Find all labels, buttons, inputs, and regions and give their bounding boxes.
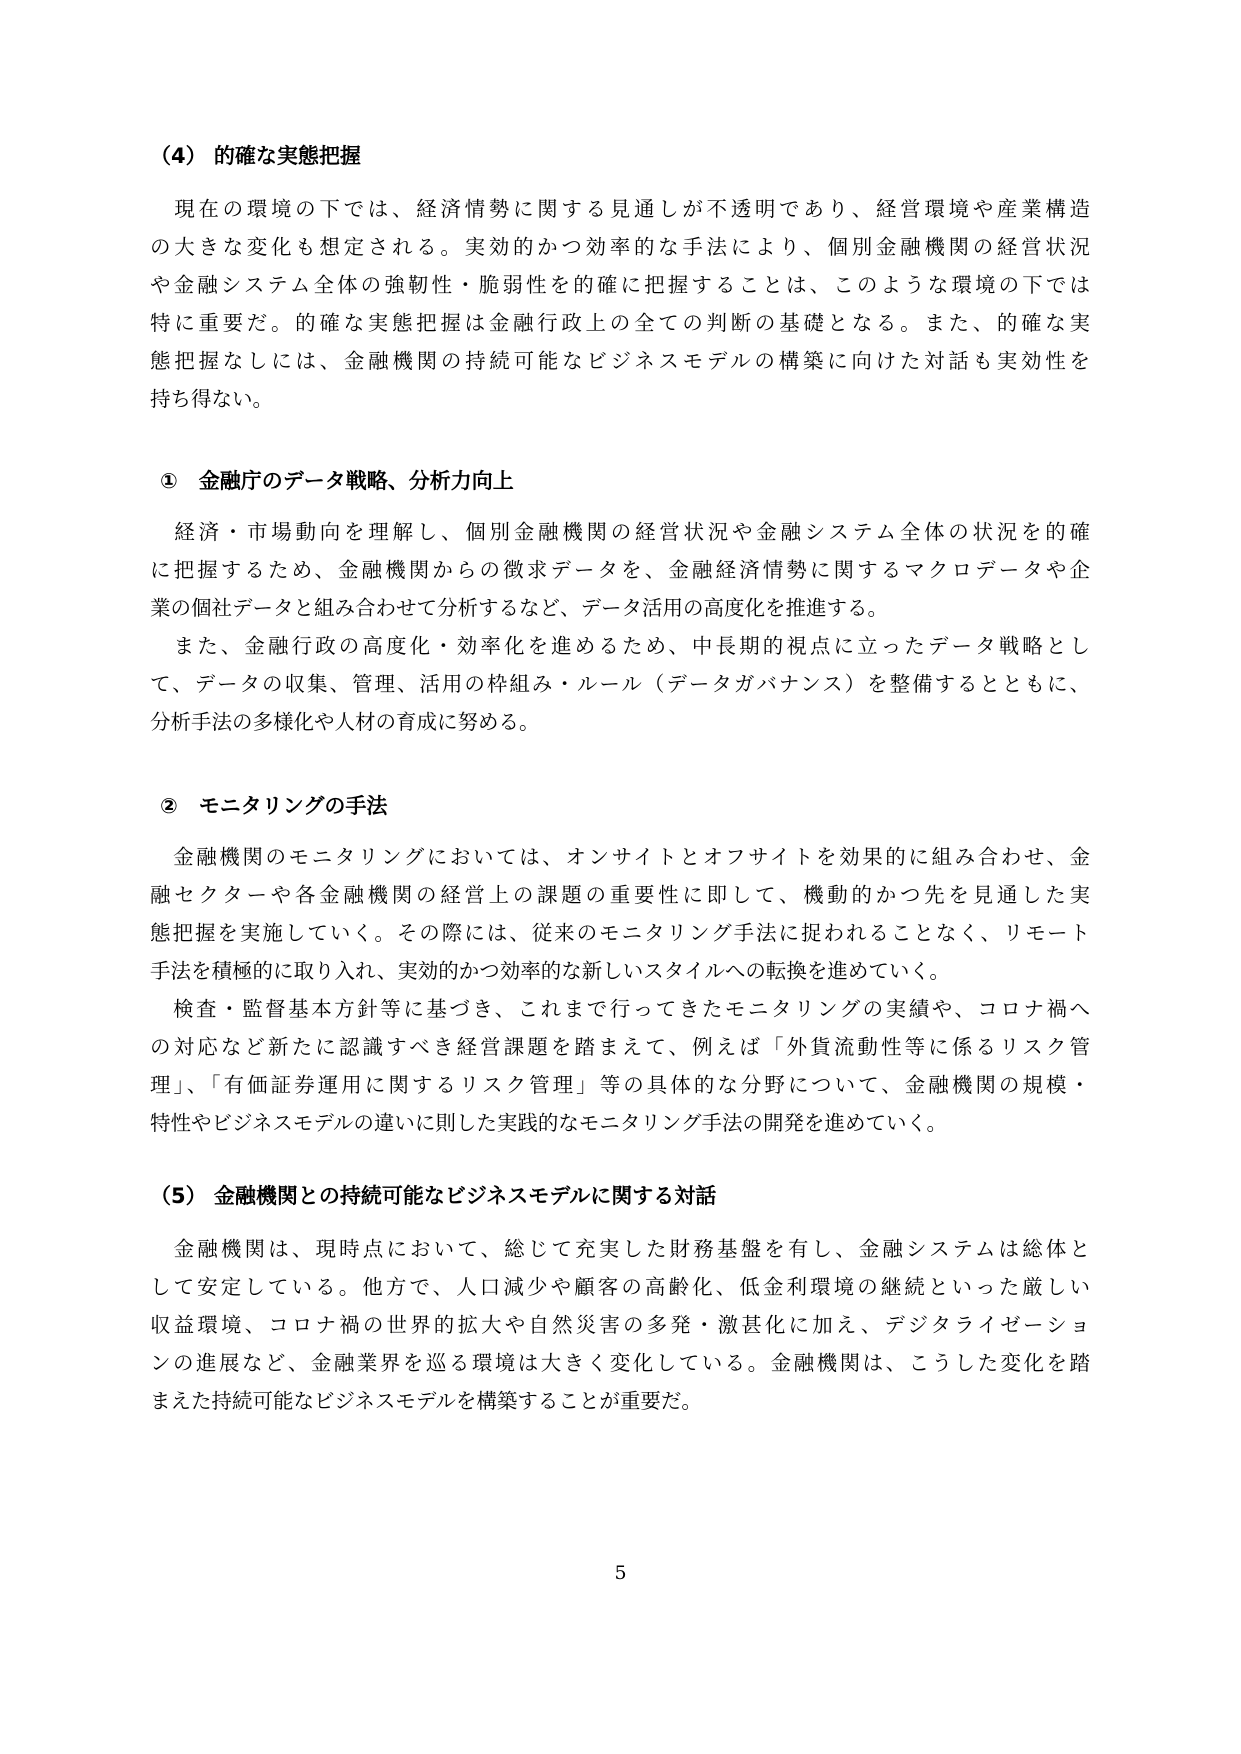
text-line: や金融システム全体の強靭性・脆弱性を的確に把握することは、このような環境の下では bbox=[150, 266, 1090, 304]
text-line: 金融機関は、現時点において、総じて充実した財務基盤を有し、金融システムは総体と bbox=[150, 1230, 1090, 1268]
text-line: 金融機関のモニタリングにおいては、オンサイトとオフサイトを効果的に組み合わせ、金 bbox=[150, 838, 1090, 876]
text-line: 理」、「有価証券運用に関するリスク管理」等の具体的な分野について、金融機関の規模… bbox=[150, 1066, 1090, 1104]
section-5-heading: （5） 金融機関との持続可能なビジネスモデルに関する対話 bbox=[150, 1180, 716, 1210]
text-line: まえた持続可能なビジネスモデルを構築することが重要だ。 bbox=[150, 1382, 1090, 1420]
text-line: 検査・監督基本方針等に基づき、これまで行ってきたモニタリングの実績や、コロナ禍へ bbox=[150, 990, 1090, 1028]
document-page: （4） 的確な実態把握 現在の環境の下では、経済情勢に関する見通しが不透明であり… bbox=[0, 0, 1241, 1754]
text-line: ンの進展など、金融業界を巡る環境は大きく変化している。金融機関は、こうした変化を… bbox=[150, 1344, 1090, 1382]
text-line: 業の個社データと組み合わせて分析するなど、データ活用の高度化を推進する。 bbox=[150, 589, 1090, 627]
text-line: の対応など新たに認識すべき経営課題を踏まえて、例えば「外貨流動性等に係るリスク管 bbox=[150, 1028, 1090, 1066]
section-4-heading: （4） 的確な実態把握 bbox=[150, 140, 361, 170]
text-line: 特性やビジネスモデルの違いに則した実践的なモニタリング手法の開発を進めていく。 bbox=[150, 1104, 1090, 1142]
text-line: の大きな変化も想定される。実効的かつ効率的な手法により、個別金融機関の経営状況 bbox=[150, 228, 1090, 266]
text-line: 手法を積極的に取り入れ、実効的かつ効率的な新しいスタイルへの転換を進めていく。 bbox=[150, 952, 1090, 990]
text-line: 融セクターや各金融機関の経営上の課題の重要性に即して、機動的かつ先を見通した実 bbox=[150, 876, 1090, 914]
subsection-1-paragraph-2: また、金融行政の高度化・効率化を進めるため、中長期的視点に立ったデータ戦略とし … bbox=[150, 627, 1090, 741]
text-line: 持ち得ない。 bbox=[150, 380, 1090, 418]
text-line: また、金融行政の高度化・効率化を進めるため、中長期的視点に立ったデータ戦略とし bbox=[150, 627, 1090, 665]
section-5-paragraph-1: 金融機関は、現時点において、総じて充実した財務基盤を有し、金融システムは総体と … bbox=[150, 1230, 1090, 1420]
page-number: 5 bbox=[0, 1562, 1241, 1584]
subsection-2-heading: ② モニタリングの手法 bbox=[160, 790, 387, 820]
subsection-2-paragraph-1: 金融機関のモニタリングにおいては、オンサイトとオフサイトを効果的に組み合わせ、金… bbox=[150, 838, 1090, 990]
text-line: 現在の環境の下では、経済情勢に関する見通しが不透明であり、経営環境や産業構造 bbox=[150, 190, 1090, 228]
subsection-1-heading: ① 金融庁のデータ戦略、分析力向上 bbox=[160, 465, 514, 495]
text-line: して安定している。他方で、人口減少や顧客の高齢化、低金利環境の継続といった厳しい bbox=[150, 1268, 1090, 1306]
section-4-paragraph-1: 現在の環境の下では、経済情勢に関する見通しが不透明であり、経営環境や産業構造 の… bbox=[150, 190, 1090, 418]
text-line: 分析手法の多様化や人材の育成に努める。 bbox=[150, 703, 1090, 741]
text-line: 収益環境、コロナ禍の世界的拡大や自然災害の多発・激甚化に加え、デジタライゼーショ bbox=[150, 1306, 1090, 1344]
subsection-1-paragraph-1: 経済・市場動向を理解し、個別金融機関の経営状況や金融システム全体の状況を的確 に… bbox=[150, 513, 1090, 627]
text-line: 態把握なしには、金融機関の持続可能なビジネスモデルの構築に向けた対話も実効性を bbox=[150, 342, 1090, 380]
subsection-2-paragraph-2: 検査・監督基本方針等に基づき、これまで行ってきたモニタリングの実績や、コロナ禍へ… bbox=[150, 990, 1090, 1142]
text-line: 態把握を実施していく。その際には、従来のモニタリング手法に捉われることなく、リモ… bbox=[150, 914, 1090, 952]
text-line: 経済・市場動向を理解し、個別金融機関の経営状況や金融システム全体の状況を的確 bbox=[150, 513, 1090, 551]
text-line: て、データの収集、管理、活用の枠組み・ルール（データガバナンス）を整備するととも… bbox=[150, 665, 1090, 703]
text-line: に把握するため、金融機関からの徴求データを、金融経済情勢に関するマクロデータや企 bbox=[150, 551, 1090, 589]
text-line: 特に重要だ。的確な実態把握は金融行政上の全ての判断の基礎となる。また、的確な実 bbox=[150, 304, 1090, 342]
